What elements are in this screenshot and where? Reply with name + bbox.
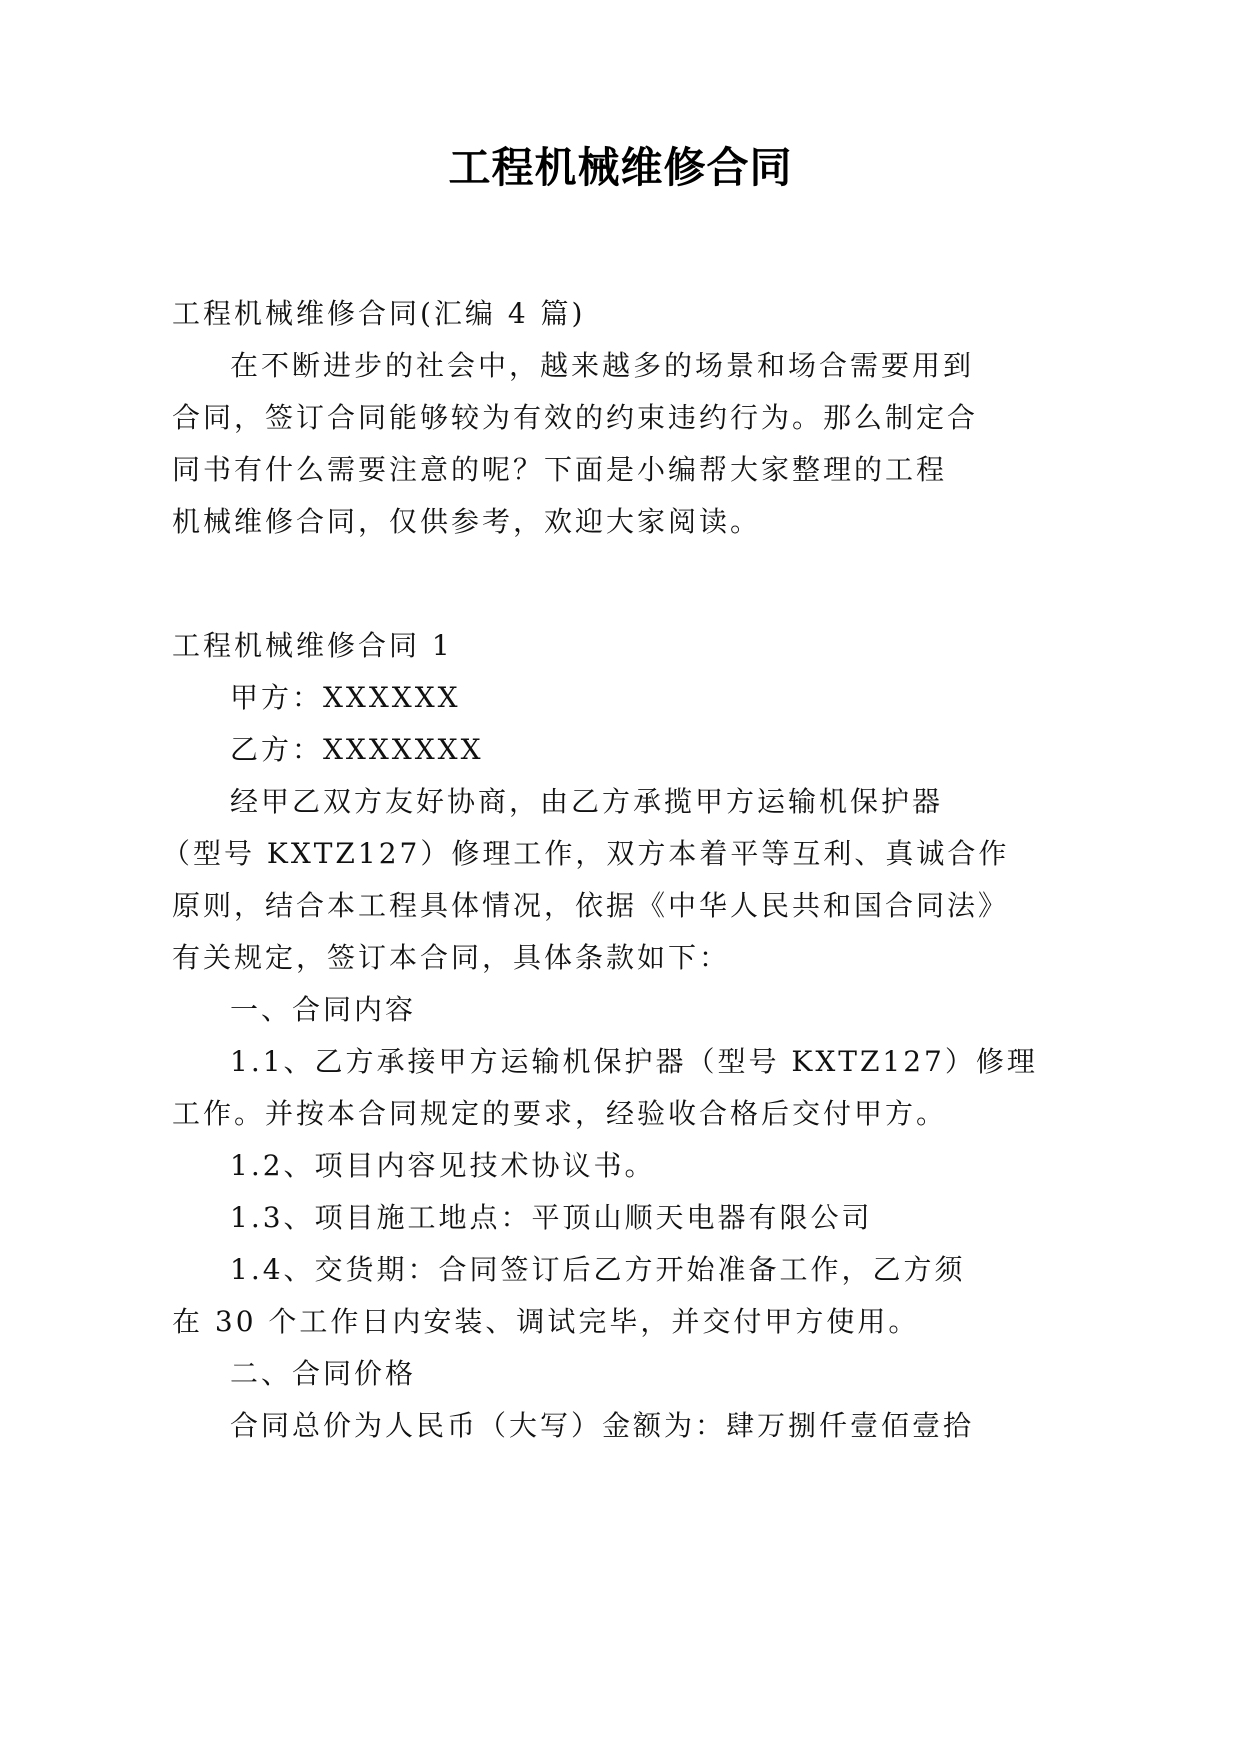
party-a: 甲方：XXXXXX [172, 672, 942, 724]
document-body: 工程机械维修合同(汇编 4 篇) 在不断进步的社会中，越来越多的场景和场合需要用… [172, 288, 942, 1452]
document-title: 工程机械维修合同 [0, 138, 1241, 198]
intro-line: 同书有什么需要注意的呢？下面是小编帮大家整理的工程 [172, 444, 942, 496]
preamble-line: 原则，结合本工程具体情况，依据《中华人民共和国合同法》 [172, 880, 942, 932]
intro-line: 在不断进步的社会中，越来越多的场景和场合需要用到 [172, 340, 942, 392]
clause-1-2: 1.2、项目内容见技术协议书。 [172, 1140, 942, 1192]
clause-line: 1.4、交货期：合同签订后乙方开始准备工作，乙方须 [172, 1244, 942, 1296]
intro-paragraph: 在不断进步的社会中，越来越多的场景和场合需要用到 合同，签订合同能够较为有效的约… [172, 340, 942, 548]
document-subtitle: 工程机械维修合同(汇编 4 篇) [172, 288, 942, 340]
clause-heading: 二、合同价格 [172, 1348, 942, 1400]
preamble-paragraph: 经甲乙双方友好协商，由乙方承揽甲方运输机保护器 （型号 KXTZ127）修理工作… [172, 776, 942, 984]
intro-line: 合同，签订合同能够较为有效的约束违约行为。那么制定合 [172, 392, 942, 444]
section-spacer [172, 548, 942, 620]
clause-heading: 一、合同内容 [172, 984, 942, 1036]
document-page: 工程机械维修合同 工程机械维修合同(汇编 4 篇) 在不断进步的社会中，越来越多… [0, 0, 1241, 1754]
preamble-line: 有关规定，签订本合同，具体条款如下： [172, 932, 942, 984]
clause-1-1: 1.1、乙方承接甲方运输机保护器（型号 KXTZ127）修理 工作。并按本合同规… [172, 1036, 942, 1140]
party-b: 乙方：XXXXXXX [172, 724, 942, 776]
preamble-line: （型号 KXTZ127）修理工作，双方本着平等互利、真诚合作 [162, 828, 942, 880]
clause-line: 1.1、乙方承接甲方运输机保护器（型号 KXTZ127）修理 [172, 1036, 942, 1088]
clause-2-text: 合同总价为人民币（大写）金额为：肆万捌仟壹佰壹拾 [172, 1400, 942, 1452]
intro-line: 机械维修合同，仅供参考，欢迎大家阅读。 [172, 496, 942, 548]
clause-line: 工作。并按本合同规定的要求，经验收合格后交付甲方。 [172, 1088, 942, 1140]
clause-line: 在 30 个工作日内安装、调试完毕，并交付甲方使用。 [172, 1296, 942, 1348]
preamble-line: 经甲乙双方友好协商，由乙方承揽甲方运输机保护器 [172, 776, 942, 828]
clause-1-3: 1.3、项目施工地点：平顶山顺天电器有限公司 [172, 1192, 942, 1244]
section-heading: 工程机械维修合同 1 [172, 620, 942, 672]
clause-1-4: 1.4、交货期：合同签订后乙方开始准备工作，乙方须 在 30 个工作日内安装、调… [172, 1244, 942, 1348]
